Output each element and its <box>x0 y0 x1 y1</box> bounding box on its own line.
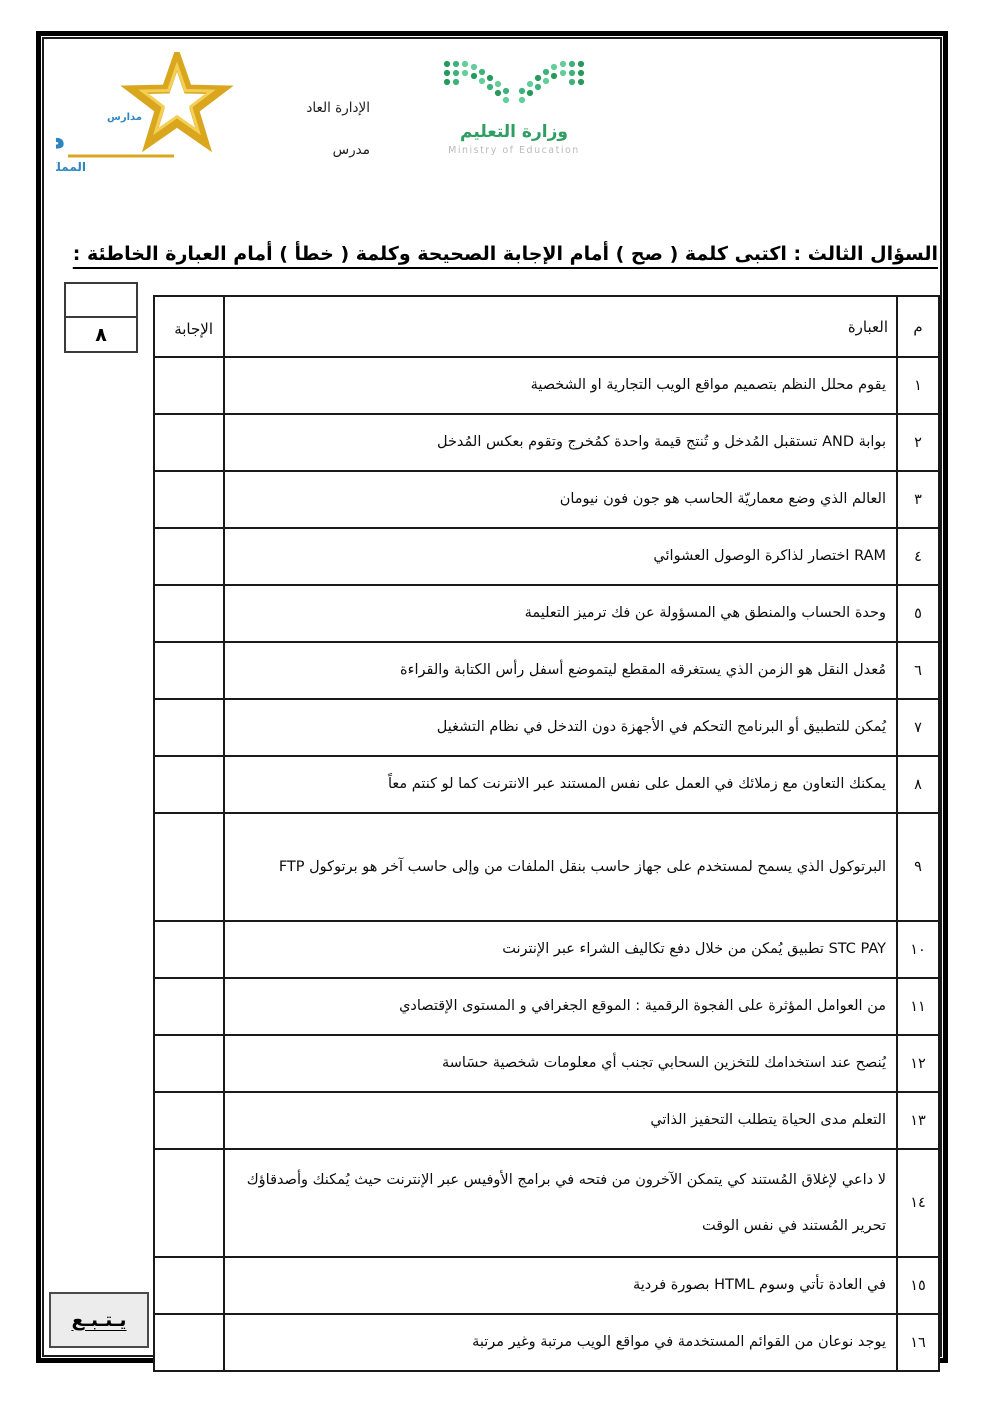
school-logo-text-bottom: المملكــــة <box>56 160 86 174</box>
statements-table: م العبارة الإجابة ١ يقوم محلل النظم بتصم… <box>153 295 940 1372</box>
exam-page: مدارس مواهب المملكــــة الإدارة العاد مد… <box>0 0 992 1403</box>
row-answer-cell <box>154 699 224 756</box>
table-row: ١٢ يُنصح عند استخدامك للتخزين السحابي تج… <box>154 1035 939 1092</box>
row-number: ٣ <box>897 471 939 528</box>
ministry-of-education-logo: وزارة التعليم Ministry of Education <box>424 50 604 156</box>
table-row: ١٠ STC PAY تطبيق يُمكن من خلال دفع تكالي… <box>154 921 939 978</box>
row-statement: بوابة AND تستقبل المُدخل و تُنتج قيمة وا… <box>224 414 897 471</box>
table-row: ١ يقوم محلل النظم بتصميم مواقع الويب الت… <box>154 357 939 414</box>
ministry-dots-icon <box>424 50 604 116</box>
row-number: ٤ <box>897 528 939 585</box>
row-statement: يُمكن للتطبيق أو البرنامج التحكم في الأج… <box>224 699 897 756</box>
row-statement: لا داعي لإغلاق المُستند كي يتمكن الآخرون… <box>224 1149 897 1257</box>
row-answer-cell <box>154 813 224 921</box>
row-number: ٧ <box>897 699 939 756</box>
school-logo-text-main: مواهب <box>56 117 66 157</box>
table-row: ٥ وحدة الحساب والمنطق هي المسؤولة عن فك … <box>154 585 939 642</box>
header-answer: الإجابة <box>154 296 224 357</box>
table-row: ١٦ يوجد نوعان من القوائم المستخدمة في مو… <box>154 1314 939 1371</box>
school-logo-text-top: مدارس <box>107 112 142 123</box>
row-answer-cell <box>154 921 224 978</box>
table-row: ٩ البرتوكول الذي يسمح لمستخدم على جهاز ح… <box>154 813 939 921</box>
row-answer-cell <box>154 1035 224 1092</box>
row-statement: التعلم مدى الحياة يتطلب التحفيز الذاتي <box>224 1092 897 1149</box>
row-answer-cell <box>154 585 224 642</box>
row-number: ١٤ <box>897 1149 939 1257</box>
row-number: ١ <box>897 357 939 414</box>
row-statement: يوجد نوعان من القوائم المستخدمة في مواقع… <box>224 1314 897 1371</box>
row-number: ١٥ <box>897 1257 939 1314</box>
school-line: مدرس <box>252 142 370 158</box>
row-number: ١٠ <box>897 921 939 978</box>
header-statement: العبارة <box>224 296 897 357</box>
row-answer-cell <box>154 1092 224 1149</box>
header-number: م <box>897 296 939 357</box>
mawaheb-schools-logo: مدارس مواهب المملكــــة <box>56 52 246 192</box>
table-row: ١١ من العوامل المؤثرة على الفجوة الرقمية… <box>154 978 939 1035</box>
row-number: ١٣ <box>897 1092 939 1149</box>
score-box: ٨ <box>64 282 138 353</box>
row-answer-cell <box>154 642 224 699</box>
row-number: ١٢ <box>897 1035 939 1092</box>
gold-star-icon: مدارس مواهب المملكــــة <box>56 52 246 192</box>
row-answer-cell <box>154 471 224 528</box>
row-answer-cell <box>154 1257 224 1314</box>
row-answer-cell <box>154 978 224 1035</box>
question-title: السؤال الثالث : اكتبى كلمة ( صح ) أمام ا… <box>58 243 938 265</box>
row-statement: RAM اختصار لذاكرة الوصول العشوائي <box>224 528 897 585</box>
table-row: ٤ RAM اختصار لذاكرة الوصول العشوائي <box>154 528 939 585</box>
table-row: ٣ العالم الذي وضع معماريّة الحاسب هو جون… <box>154 471 939 528</box>
row-statement: في العادة تأتي وسوم HTML بصورة فردية <box>224 1257 897 1314</box>
table-row: ١٣ التعلم مدى الحياة يتطلب التحفيز الذات… <box>154 1092 939 1149</box>
table-row: ٢ بوابة AND تستقبل المُدخل و تُنتج قيمة … <box>154 414 939 471</box>
row-answer-cell <box>154 756 224 813</box>
row-number: ١٦ <box>897 1314 939 1371</box>
row-answer-cell <box>154 414 224 471</box>
row-number: ٢ <box>897 414 939 471</box>
table-row: ٦ مُعدل النقل هو الزمن الذي يستغرقه المق… <box>154 642 939 699</box>
ministry-name-arabic: وزارة التعليم <box>424 122 604 142</box>
table-header-row: م العبارة الإجابة <box>154 296 939 357</box>
score-box-empty-cell <box>66 284 136 318</box>
row-statement: STC PAY تطبيق يُمكن من خلال دفع تكاليف ا… <box>224 921 897 978</box>
table-row: ٧ يُمكن للتطبيق أو البرنامج التحكم في ال… <box>154 699 939 756</box>
row-statement: يُنصح عند استخدامك للتخزين السحابي تجنب … <box>224 1035 897 1092</box>
row-statement: من العوامل المؤثرة على الفجوة الرقمية : … <box>224 978 897 1035</box>
score-box-value: ٨ <box>66 318 136 351</box>
administration-line: الإدارة العاد <box>252 100 370 116</box>
row-number: ٩ <box>897 813 939 921</box>
row-statement: العالم الذي وضع معماريّة الحاسب هو جون ف… <box>224 471 897 528</box>
ministry-name-english: Ministry of Education <box>424 145 604 156</box>
row-number: ٨ <box>897 756 939 813</box>
row-number: ٦ <box>897 642 939 699</box>
row-statement: يقوم محلل النظم بتصميم مواقع الويب التجا… <box>224 357 897 414</box>
row-answer-cell <box>154 528 224 585</box>
row-answer-cell <box>154 357 224 414</box>
table-row: ١٤ لا داعي لإغلاق المُستند كي يتمكن الآخ… <box>154 1149 939 1257</box>
table-row: ٨ يمكنك التعاون مع زملائك في العمل على ن… <box>154 756 939 813</box>
row-statement: يمكنك التعاون مع زملائك في العمل على نفس… <box>224 756 897 813</box>
row-answer-cell <box>154 1149 224 1257</box>
continued-label: يـتـبـع <box>71 1309 126 1331</box>
row-number: ٥ <box>897 585 939 642</box>
row-answer-cell <box>154 1314 224 1371</box>
continued-box: يـتـبـع <box>49 1292 149 1348</box>
row-statement: وحدة الحساب والمنطق هي المسؤولة عن فك تر… <box>224 585 897 642</box>
administration-text: الإدارة العاد مدرس <box>252 100 370 158</box>
row-statement: البرتوكول الذي يسمح لمستخدم على جهاز حاس… <box>224 813 897 921</box>
table-row: ١٥ في العادة تأتي وسوم HTML بصورة فردية <box>154 1257 939 1314</box>
row-statement: مُعدل النقل هو الزمن الذي يستغرقه المقطع… <box>224 642 897 699</box>
row-number: ١١ <box>897 978 939 1035</box>
